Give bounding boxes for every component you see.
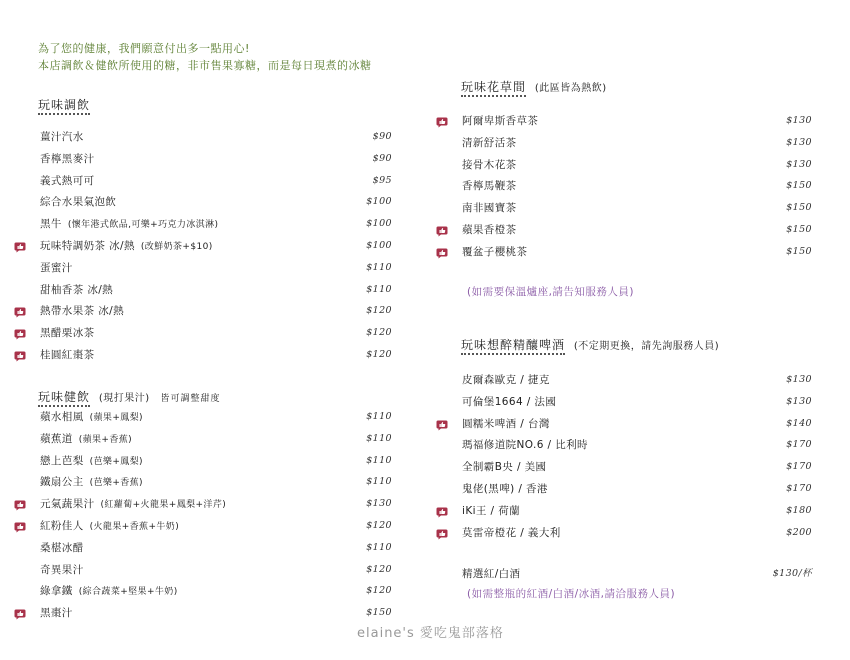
item-name-text: 香檸馬鞭茶 [462, 180, 517, 192]
menu-item-name: 蘋水相風(蘋果+鳳梨) [40, 407, 143, 428]
menu-item: 黑醋栗冰茶$120 [40, 323, 392, 345]
item-name-text: 全制霸B央 / 美國 [462, 461, 546, 473]
item-name-text: 蘋果香橙茶 [462, 224, 517, 236]
menu-item-price: $95 [373, 171, 392, 191]
menu-item: 黑棗汁$150 [40, 603, 392, 625]
item-name-text: 接骨木花茶 [462, 159, 517, 171]
menu-item-name: 桂圓紅棗茶 [40, 345, 101, 366]
item-name-text: 清新舒活茶 [462, 137, 517, 149]
blog-watermark: elaine's 愛吃鬼部落格 [357, 622, 504, 641]
item-name-text: 義式熱可可 [40, 175, 95, 187]
menu-item-name: 鬼佬(黑啤) / 香港 [462, 479, 554, 500]
menu-item-price: $150 [786, 176, 812, 196]
section-subtitle: (現打果汁) [99, 393, 150, 404]
menu-item-name: 玩味特調奶茶 冰/熱(改鮮奶茶+$10) [40, 236, 213, 257]
menu-list-huacao: 阿爾卑斯香草茶$130清新舒活茶$130接骨木花茶$130香檸馬鞭茶$150南非… [462, 111, 812, 264]
item-note: (改鮮奶茶+$10) [141, 242, 213, 252]
menu-item-price: $110 [366, 280, 392, 300]
menu-item-price: $130 [786, 133, 812, 153]
item-note: (芭樂+香蕉) [90, 478, 143, 488]
menu-item: 香檸馬鞭茶$150 [462, 176, 812, 198]
item-name-text: 桂圓紅棗茶 [40, 349, 95, 361]
section-title-huacao: 玩味花草間 (此區皆為熱飲) [461, 78, 607, 95]
item-name-text: 元氣蔬果汁 [40, 498, 95, 510]
intro-text: 為了您的健康，我們願意付出多一點用心! 本店調飲＆健飲所使用的糖，非市售果寡糖，… [38, 40, 372, 74]
menu-item: 玩味特調奶茶 冰/熱(改鮮奶茶+$10)$100 [40, 236, 392, 258]
menu-item-price: $200 [786, 523, 812, 543]
menu-item-price: $130 [786, 370, 812, 390]
menu-item: 阿爾卑斯香草茶$130 [462, 111, 812, 133]
menu-item-price: $120 [366, 581, 392, 601]
section-title-jianyin: 玩味健飲 (現打果汁) 皆可調整甜度 [38, 388, 221, 405]
menu-item-price: $110 [366, 472, 392, 492]
menu-item-name: 桑椹冰醋 [40, 538, 90, 559]
menu-item-price: $140 [786, 414, 812, 434]
item-name-text: 奇異果汁 [40, 564, 84, 576]
menu-list-jianyin: 蘋水相風(蘋果+鳳梨)$110蘋蕉道(蘋果+香蕉)$110戀上芭梨(芭樂+鳳梨)… [40, 407, 392, 625]
menu-item: 香檸黑麥汁$90 [40, 149, 392, 171]
menu-item-price: $120 [366, 301, 392, 321]
item-name-text: 鐵扇公主 [40, 476, 84, 488]
item-note: (芭樂+鳳梨) [90, 457, 143, 467]
menu-item: 桑椹冰醋$110 [40, 538, 392, 560]
item-name-text: 蘋水相風 [40, 411, 84, 423]
item-name-text: 莫雷帝橙花 / 義大利 [462, 527, 561, 539]
section-title-beer: 玩味想醉精釀啤酒 (不定期更換，請先詢服務人員) [461, 336, 719, 353]
menu-item-price: $110 [366, 407, 392, 427]
menu-item: 奇異果汁$120 [40, 560, 392, 582]
menu-item-name: 南非國寶茶 [462, 198, 523, 219]
menu-item-price: $120 [366, 516, 392, 536]
item-name-text: 蛋蜜汁 [40, 262, 73, 274]
menu-item: 熱帶水果茶 冰/熱$120 [40, 301, 392, 323]
menu-item-price: $170 [786, 457, 812, 477]
menu-item: 蛋蜜汁$110 [40, 258, 392, 280]
section-heading: 玩味想醉精釀啤酒 [461, 338, 565, 355]
menu-item-name: 紅粉佳人(火龍果+香蕉+牛奶) [40, 516, 179, 537]
menu-item-price: $90 [373, 149, 392, 169]
menu-item-price: $130 [786, 155, 812, 175]
recommended-thumbs-up-icon [436, 246, 448, 258]
menu-item-price: $150 [786, 242, 812, 262]
menu-item-price: $120 [366, 323, 392, 343]
menu-item-price: $170 [786, 435, 812, 455]
menu-item-name: 阿爾卑斯香草茶 [462, 111, 544, 132]
menu-item: 可倫堡1664 / 法國$130 [462, 392, 812, 414]
menu-item-name: 綠拿鐵(綜合蔬菜+堅果+牛奶) [40, 581, 178, 602]
menu-item-price: $150 [786, 220, 812, 240]
item-name-text: 桑椹冰醋 [40, 542, 84, 554]
menu-item-name: 綜合水果氣泡飲 [40, 192, 122, 213]
menu-item: 莫雷帝橙花 / 義大利$200 [462, 523, 812, 545]
menu-item: 黑牛(懷年港式飲品,可樂+巧克力冰淇淋)$100 [40, 214, 392, 236]
menu-item-price: $90 [373, 127, 392, 147]
menu-item: 戀上芭梨(芭樂+鳳梨)$110 [40, 451, 392, 473]
menu-item-name: 熱帶水果茶 冰/熱 [40, 301, 130, 322]
menu-item: 瑪福修道院NO.6 / 比利時$170 [462, 435, 812, 457]
menu-item-price: $150 [366, 603, 392, 623]
item-name-text: 薑汁汽水 [40, 131, 84, 143]
menu-item: 綠拿鐵(綜合蔬菜+堅果+牛奶)$120 [40, 581, 392, 603]
menu-item: 接骨木花茶$130 [462, 155, 812, 177]
menu-item-name: 蛋蜜汁 [40, 258, 79, 279]
wine-row: 精選紅/白酒 $130/杯 [462, 564, 812, 586]
menu-item-name: 義式熱可可 [40, 171, 101, 192]
section-heading: 玩味健飲 [38, 390, 90, 407]
menu-item-name: 清新舒活茶 [462, 133, 523, 154]
recommended-thumbs-up-icon [436, 418, 448, 430]
recommended-thumbs-up-icon [14, 305, 26, 317]
item-note: (紅蘿蔔+火龍果+鳳梨+洋芹) [101, 500, 227, 510]
section-title-tiaoyin: 玩味調飲 [38, 96, 90, 113]
menu-item-price: $130 [366, 494, 392, 514]
menu-list-tiaoyin: 薑汁汽水$90香檸黑麥汁$90義式熱可可$95綜合水果氣泡飲$100黑牛(懷年港… [40, 127, 392, 367]
menu-item-name: 皮爾森歐克 / 捷克 [462, 370, 556, 391]
recommended-thumbs-up-icon [436, 527, 448, 539]
menu-item-price: $120 [366, 560, 392, 580]
menu-item-name: 鐵扇公主(芭樂+香蕉) [40, 472, 143, 493]
menu-item-price: $110 [366, 538, 392, 558]
menu-item-name: 甜柚香茶 冰/熱 [40, 280, 119, 301]
menu-item: 桂圓紅棗茶$120 [40, 345, 392, 367]
item-name-text: 香檸黑麥汁 [40, 153, 95, 165]
item-name-text: 綠拿鐵 [40, 585, 73, 597]
menu-item-price: $110 [366, 429, 392, 449]
menu-item-name: 可倫堡1664 / 法國 [462, 392, 562, 413]
item-note: (綜合蔬菜+堅果+牛奶) [79, 587, 178, 597]
menu-item-name: 莫雷帝橙花 / 義大利 [462, 523, 567, 544]
section-heading: 玩味調飲 [38, 98, 90, 115]
section-note: 皆可調整甜度 [160, 394, 220, 404]
menu-item: 清新舒活茶$130 [462, 133, 812, 155]
item-note: (蘋果+鳳梨) [90, 413, 143, 423]
item-name-text: 黑醋栗冰茶 [40, 327, 95, 339]
menu-item-name: 奇異果汁 [40, 560, 90, 581]
menu-item-name: 蘋果香橙茶 [462, 220, 523, 241]
menu-item-name: 黑棗汁 [40, 603, 79, 624]
item-name-text: 南非國寶茶 [462, 202, 517, 214]
menu-item-name: 蘋蕉道(蘋果+香蕉) [40, 429, 132, 450]
menu-item-price: $100 [366, 236, 392, 256]
menu-item: 南非國寶茶$150 [462, 198, 812, 220]
warmer-footnote: (如需要保溫爐座,請告知服務人員) [467, 284, 634, 299]
menu-item: 皮爾森歐克 / 捷克$130 [462, 370, 812, 392]
menu-item-name: 元氣蔬果汁(紅蘿蔔+火龍果+鳳梨+洋芹) [40, 494, 226, 515]
item-note: (懷年港式飲品,可樂+巧克力冰淇淋) [68, 220, 219, 230]
item-name-text: 甜柚香茶 冰/熱 [40, 284, 113, 296]
item-name-text: 戀上芭梨 [40, 455, 84, 467]
menu-item-name: 香檸黑麥汁 [40, 149, 101, 170]
wine-footnote: (如需整瓶的紅酒/白酒/冰酒,請洽服務人員) [467, 586, 675, 601]
menu-list-beer: 皮爾森歐克 / 捷克$130可倫堡1664 / 法國$130圓糯米啤酒 / 台灣… [462, 370, 812, 544]
menu-item: 義式熱可可$95 [40, 171, 392, 193]
recommended-thumbs-up-icon [14, 498, 26, 510]
section-subtitle: (不定期更換，請先詢服務人員) [574, 341, 719, 352]
menu-item: 鬼佬(黑啤) / 香港$170 [462, 479, 812, 501]
recommended-thumbs-up-icon [14, 520, 26, 532]
menu-item: 綜合水果氣泡飲$100 [40, 192, 392, 214]
menu-item: 覆盆子櫻桃茶$150 [462, 242, 812, 264]
menu-item-price: $180 [786, 501, 812, 521]
item-name-text: 覆盆子櫻桃茶 [462, 246, 527, 258]
wine-price: $130/杯 [773, 564, 812, 584]
menu-item-price: $130 [786, 392, 812, 412]
item-name-text: iKi王 / 荷蘭 [462, 505, 520, 517]
menu-item-price: $130 [786, 111, 812, 131]
menu-item-name: 香檸馬鞭茶 [462, 176, 523, 197]
menu-item-name: 瑪福修道院NO.6 / 比利時 [462, 435, 594, 456]
item-note: (蘋果+香蕉) [79, 435, 132, 445]
recommended-thumbs-up-icon [436, 115, 448, 127]
intro-line-1: 為了您的健康，我們願意付出多一點用心! [38, 40, 372, 57]
menu-item-name: 薑汁汽水 [40, 127, 90, 148]
item-name-text: 黑牛 [40, 218, 62, 230]
menu-item-price: $110 [366, 451, 392, 471]
item-name-text: 阿爾卑斯香草茶 [462, 115, 538, 127]
item-name-text: 皮爾森歐克 / 捷克 [462, 374, 550, 386]
item-name-text: 鬼佬(黑啤) / 香港 [462, 483, 548, 495]
recommended-thumbs-up-icon [14, 349, 26, 361]
menu-item: 蘋果香橙茶$150 [462, 220, 812, 242]
item-note: (火龍果+香蕉+牛奶) [90, 522, 180, 532]
menu-item: 甜柚香茶 冰/熱$110 [40, 280, 392, 302]
item-name-text: 紅粉佳人 [40, 520, 84, 532]
menu-item: 鐵扇公主(芭樂+香蕉)$110 [40, 472, 392, 494]
menu-item: 薑汁汽水$90 [40, 127, 392, 149]
menu-item: 全制霸B央 / 美國$170 [462, 457, 812, 479]
item-name-text: 黑棗汁 [40, 607, 73, 619]
menu-item: 蘋蕉道(蘋果+香蕉)$110 [40, 429, 392, 451]
item-name-text: 蘋蕉道 [40, 433, 73, 445]
item-name-text: 瑪福修道院NO.6 / 比利時 [462, 439, 588, 451]
section-heading: 玩味花草間 [461, 80, 526, 97]
menu-item-name: 接骨木花茶 [462, 155, 523, 176]
menu-item-name: 黑醋栗冰茶 [40, 323, 101, 344]
menu-item-price: $100 [366, 192, 392, 212]
menu-item-name: 黑牛(懷年港式飲品,可樂+巧克力冰淇淋) [40, 214, 218, 235]
recommended-thumbs-up-icon [436, 505, 448, 517]
section-subtitle: (此區皆為熱飲) [535, 83, 607, 94]
recommended-thumbs-up-icon [14, 240, 26, 252]
wine-name: 精選紅/白酒 [462, 564, 520, 584]
menu-item: 圓糯米啤酒 / 台灣$140 [462, 414, 812, 436]
item-name-text: 玩味特調奶茶 冰/熱 [40, 240, 135, 252]
menu-item-price: $170 [786, 479, 812, 499]
menu-item-name: 戀上芭梨(芭樂+鳳梨) [40, 451, 143, 472]
menu-item-name: iKi王 / 荷蘭 [462, 501, 526, 522]
menu-item: 紅粉佳人(火龍果+香蕉+牛奶)$120 [40, 516, 392, 538]
menu-item-name: 覆盆子櫻桃茶 [462, 242, 533, 263]
item-name-text: 可倫堡1664 / 法國 [462, 396, 556, 408]
recommended-thumbs-up-icon [14, 607, 26, 619]
menu-item-name: 圓糯米啤酒 / 台灣 [462, 414, 556, 435]
intro-line-2: 本店調飲＆健飲所使用的糖，非市售果寡糖，而是每日現煮的冰糖 [38, 57, 372, 74]
menu-item-price: $110 [366, 258, 392, 278]
item-name-text: 熱帶水果茶 冰/熱 [40, 305, 124, 317]
item-name-text: 圓糯米啤酒 / 台灣 [462, 418, 550, 430]
recommended-thumbs-up-icon [14, 327, 26, 339]
recommended-thumbs-up-icon [436, 224, 448, 236]
menu-item: 蘋水相風(蘋果+鳳梨)$110 [40, 407, 392, 429]
menu-item: iKi王 / 荷蘭$180 [462, 501, 812, 523]
menu-item-price: $150 [786, 198, 812, 218]
menu-item-name: 全制霸B央 / 美國 [462, 457, 552, 478]
item-name-text: 綜合水果氣泡飲 [40, 196, 116, 208]
menu-item-price: $100 [366, 214, 392, 234]
menu-item-price: $120 [366, 345, 392, 365]
menu-item: 元氣蔬果汁(紅蘿蔔+火龍果+鳳梨+洋芹)$130 [40, 494, 392, 516]
